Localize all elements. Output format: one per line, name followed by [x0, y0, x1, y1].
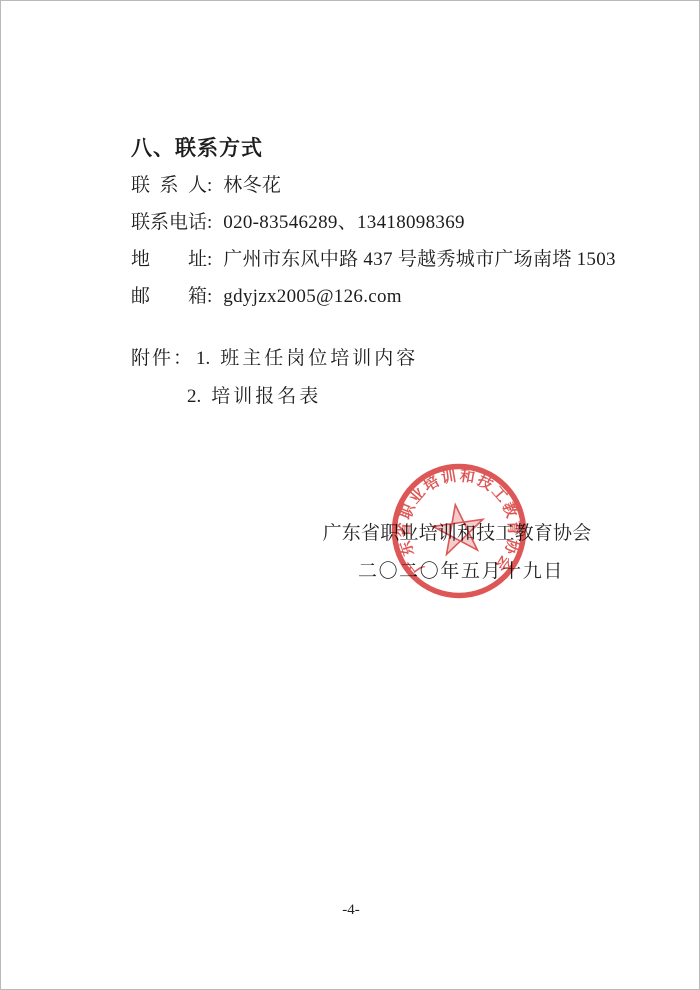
contact-email-label: 邮箱 — [131, 281, 207, 308]
contact-email-row: 邮箱:gdyjzx2005@126.com — [131, 281, 402, 308]
attachment-1-title: 班主任岗位培训内容 — [220, 348, 418, 369]
contact-phone-label: 联系电话 — [131, 207, 207, 234]
attachments-colon: ： — [173, 348, 192, 369]
seal-ring — [395, 467, 524, 596]
contact-address-value: 广州市东风中路 437 号越秀城市广场南塔 1503 — [223, 249, 616, 270]
official-seal: 广东省职业培训和技工教育协会 — [376, 448, 542, 614]
star-icon — [430, 501, 487, 555]
attachment-2-title: 培训报名表 — [211, 386, 321, 407]
attachment-1-number: 1. — [196, 348, 210, 369]
attachment-2-number: 2. — [187, 386, 201, 407]
section-heading: 八、联系方式 — [131, 132, 263, 162]
colon: : — [207, 212, 212, 234]
contact-person-row: 联系人:林冬花 — [131, 170, 281, 197]
contact-person-value: 林冬花 — [223, 175, 281, 196]
attachment-item-2: 2.培训报名表 — [187, 381, 321, 408]
contact-address-label: 地址 — [131, 244, 207, 271]
attachments-label: 附件 — [131, 348, 173, 369]
page-number: -4- — [1, 902, 700, 919]
attachment-item-1: 附件：1.班主任岗位培训内容 — [131, 343, 418, 370]
colon: : — [207, 286, 212, 308]
contact-email-value: gdyjzx2005@126.com — [223, 286, 402, 307]
seal-graphic: 广东省职业培训和技工教育协会 — [376, 448, 542, 614]
colon: : — [207, 249, 212, 271]
contact-address-row: 地址:广州市东风中路 437 号越秀城市广场南塔 1503 — [131, 244, 616, 271]
colon: : — [207, 175, 212, 197]
document-page: 八、联系方式 联系人:林冬花 联系电话:020-83546289、1341809… — [0, 0, 700, 990]
contact-phone-value: 020-83546289、13418098369 — [223, 212, 465, 233]
contact-phone-row: 联系电话:020-83546289、13418098369 — [131, 207, 465, 234]
contact-person-label: 联系人 — [131, 170, 207, 197]
